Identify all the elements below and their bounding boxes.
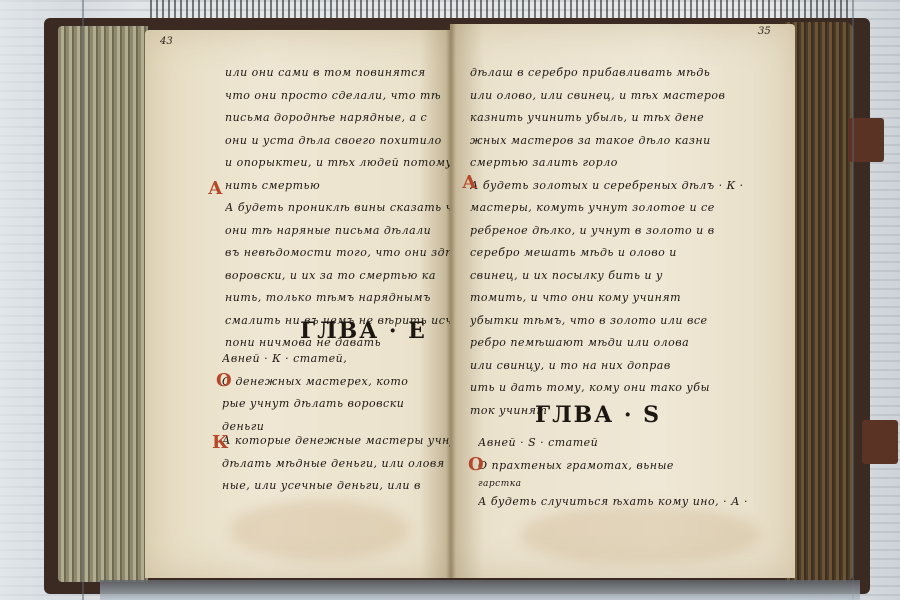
text-line: или они сами в том повинятся [225, 62, 450, 85]
text-line: убытки тѣмъ, что в золото или все [470, 310, 760, 333]
red-initial: А [208, 178, 223, 199]
right-chapter-heading: ГЛВА · S [535, 402, 661, 428]
text-line: А которые денежные мастеры учнут [222, 430, 450, 453]
text-line: казнить учинить убыль, и тѣх дене [470, 107, 760, 130]
text-line: жных мастеров за такое дѣло казни [470, 130, 760, 153]
text-line: томить, и что они кому учинят [470, 287, 760, 310]
lower-clasp [862, 420, 898, 464]
text-line: свинец, и их посылку бить и у [470, 265, 760, 288]
text-line: они и уста дѣла своего похитило [225, 130, 450, 153]
text-line: ить и дать тому, кому они тако убы [470, 377, 760, 400]
left-chapter-text: Авней · К · статей, О денежных мастерех,… [222, 348, 450, 438]
text-line: А будеть случиться ѣхать кому ино, · А · [478, 491, 778, 514]
text-line: нить смертью [225, 175, 450, 198]
text-line: Авней · S · статей [478, 432, 778, 455]
right-folio-number: 35 [758, 26, 771, 37]
text-line: Авней · К · статей, [222, 348, 450, 371]
left-page-edges [58, 26, 148, 582]
left-section-text: А которые денежные мастеры учнут дѣлать … [222, 430, 450, 498]
text-line: мастеры, комуть учнут золотое и се [470, 197, 760, 220]
red-initial: А [462, 172, 477, 193]
text-line: ребро пемѣшают мѣди или олова [470, 332, 760, 355]
text-line: О денежных мастерех, кото [222, 371, 450, 394]
text-line: или олово, или свинец, и тѣх мастеров [470, 85, 760, 108]
left-page-text-block: или они сами в том повинятся что они про… [225, 62, 450, 355]
text-line: ные, или усечные деньги, или в [222, 475, 450, 498]
text-line: письма дороднѣе нарядные, а с [225, 107, 450, 130]
text-line: они тѣ наряные письма дѣлали [225, 220, 450, 243]
text-line: нить, только тѣмъ наряднымъ [225, 287, 450, 310]
text-line: дѣлаш в серебро прибавливать мѣдь [470, 62, 760, 85]
water-stain [520, 505, 760, 565]
text-line: смертью залить горло [470, 152, 760, 175]
text-line: гарстка [478, 477, 778, 491]
right-page-edges [785, 22, 853, 582]
left-chapter-heading: ГЛВА · Е [300, 318, 427, 344]
water-stain [230, 500, 410, 560]
text-line: О прахтеных грамотах, вьные [478, 455, 778, 478]
text-line: дѣлать мѣдные деньги, или оловя [222, 453, 450, 476]
right-page-text-block: дѣлаш в серебро прибавливать мѣдь или ол… [470, 62, 760, 422]
text-line: ребреное дѣлко, и учнут в золото и в [470, 220, 760, 243]
text-line: и опорыктеи, и тѣх людей потому казнить [225, 152, 450, 175]
right-chapter-text: Авней · S · статей О прахтеных грамотах,… [478, 432, 778, 514]
display-case-edge [852, 0, 854, 600]
text-line: въ невѣдомости того, что они здѣ [225, 242, 450, 265]
red-initial: О [468, 454, 484, 475]
display-case-edge [82, 0, 84, 600]
red-initial: О [216, 370, 232, 391]
text-line: рые учнут дѣлать воровски [222, 393, 450, 416]
text-line: или свинцу, и то на них доправ [470, 355, 760, 378]
red-initial: К [212, 432, 228, 453]
display-stand [100, 580, 860, 600]
text-line: А будеть золотых и серебреных дѣлъ · К · [470, 175, 760, 198]
text-line: серебро мешать мѣдь и олово и [470, 242, 760, 265]
text-line: воровски, и их за то смертью ка [225, 265, 450, 288]
text-line: что они просто сделали, что тѣ [225, 85, 450, 108]
left-folio-mark: 43 [160, 36, 173, 47]
text-line: А будеть прониклѣ вины сказать что [225, 197, 450, 220]
